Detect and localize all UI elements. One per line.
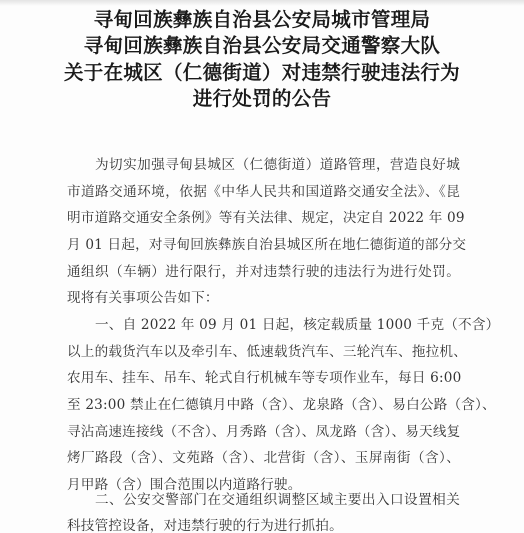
body-line: 市道路交通环境，依据《中华人民共和国道路交通安全法》、《昆 [67,180,460,200]
body-line: 科技管控设备，对违禁行驶的行为进行抓拍。 [67,514,460,533]
body-line: 月 01 日起，对寻甸回族彝族自治县城区所在地仁德街道的部分交 [67,233,460,253]
body-line: 寻沾高速连接线（不含）、月秀路（含）、凤龙路（含）、易天线复 [67,420,460,440]
title-line-issuer-2: 寻甸回族彝族自治县公安局交通警察大队 [0,30,524,58]
body-line: 至 23:00 禁止在仁德镇月中路（含）、龙泉路（含）、易白公路（含）、 [67,393,460,413]
body-line: 农用车、挂车、吊车、轮式自行机械车等专项作业车，每日 6:00 [67,366,460,386]
title-line-issuer-1: 寻甸回族彝族自治县公安局城市管理局 [0,4,524,32]
body-line: 通组织（车辆）进行限行，并对违禁行驶的违法行为进行处罚。 [67,260,460,280]
section-one-line: 一、自 2022 年 09 月 01 日起，核定载质量 1000 千克（不含） [95,313,460,333]
title-line-subject-1: 关于在城区（仁德街道）对违禁行驶违法行为 [0,57,524,85]
body-line: 以上的载货汽车以及牵引车、低速载货汽车、三轮汽车、拖拉机、 [67,340,460,360]
body-line: 为切实加强寻甸县城区（仁德街道）道路管理，营造良好城 [95,153,460,173]
title-line-subject-2: 进行处罚的公告 [0,83,524,111]
section-two-line: 二、公安交警部门在交通组织调整区域主要出入口设置相关 [95,488,460,508]
body-line: 现将有关事项公告如下： [67,286,460,306]
body-line: 明市道路交通安全条例》等有关法律、规定，决定自 2022 年 09 [67,206,460,226]
body-line: 烤厂路段（含）、文苑路（含）、北营街（含）、玉屏南街（含）、 [67,446,460,466]
